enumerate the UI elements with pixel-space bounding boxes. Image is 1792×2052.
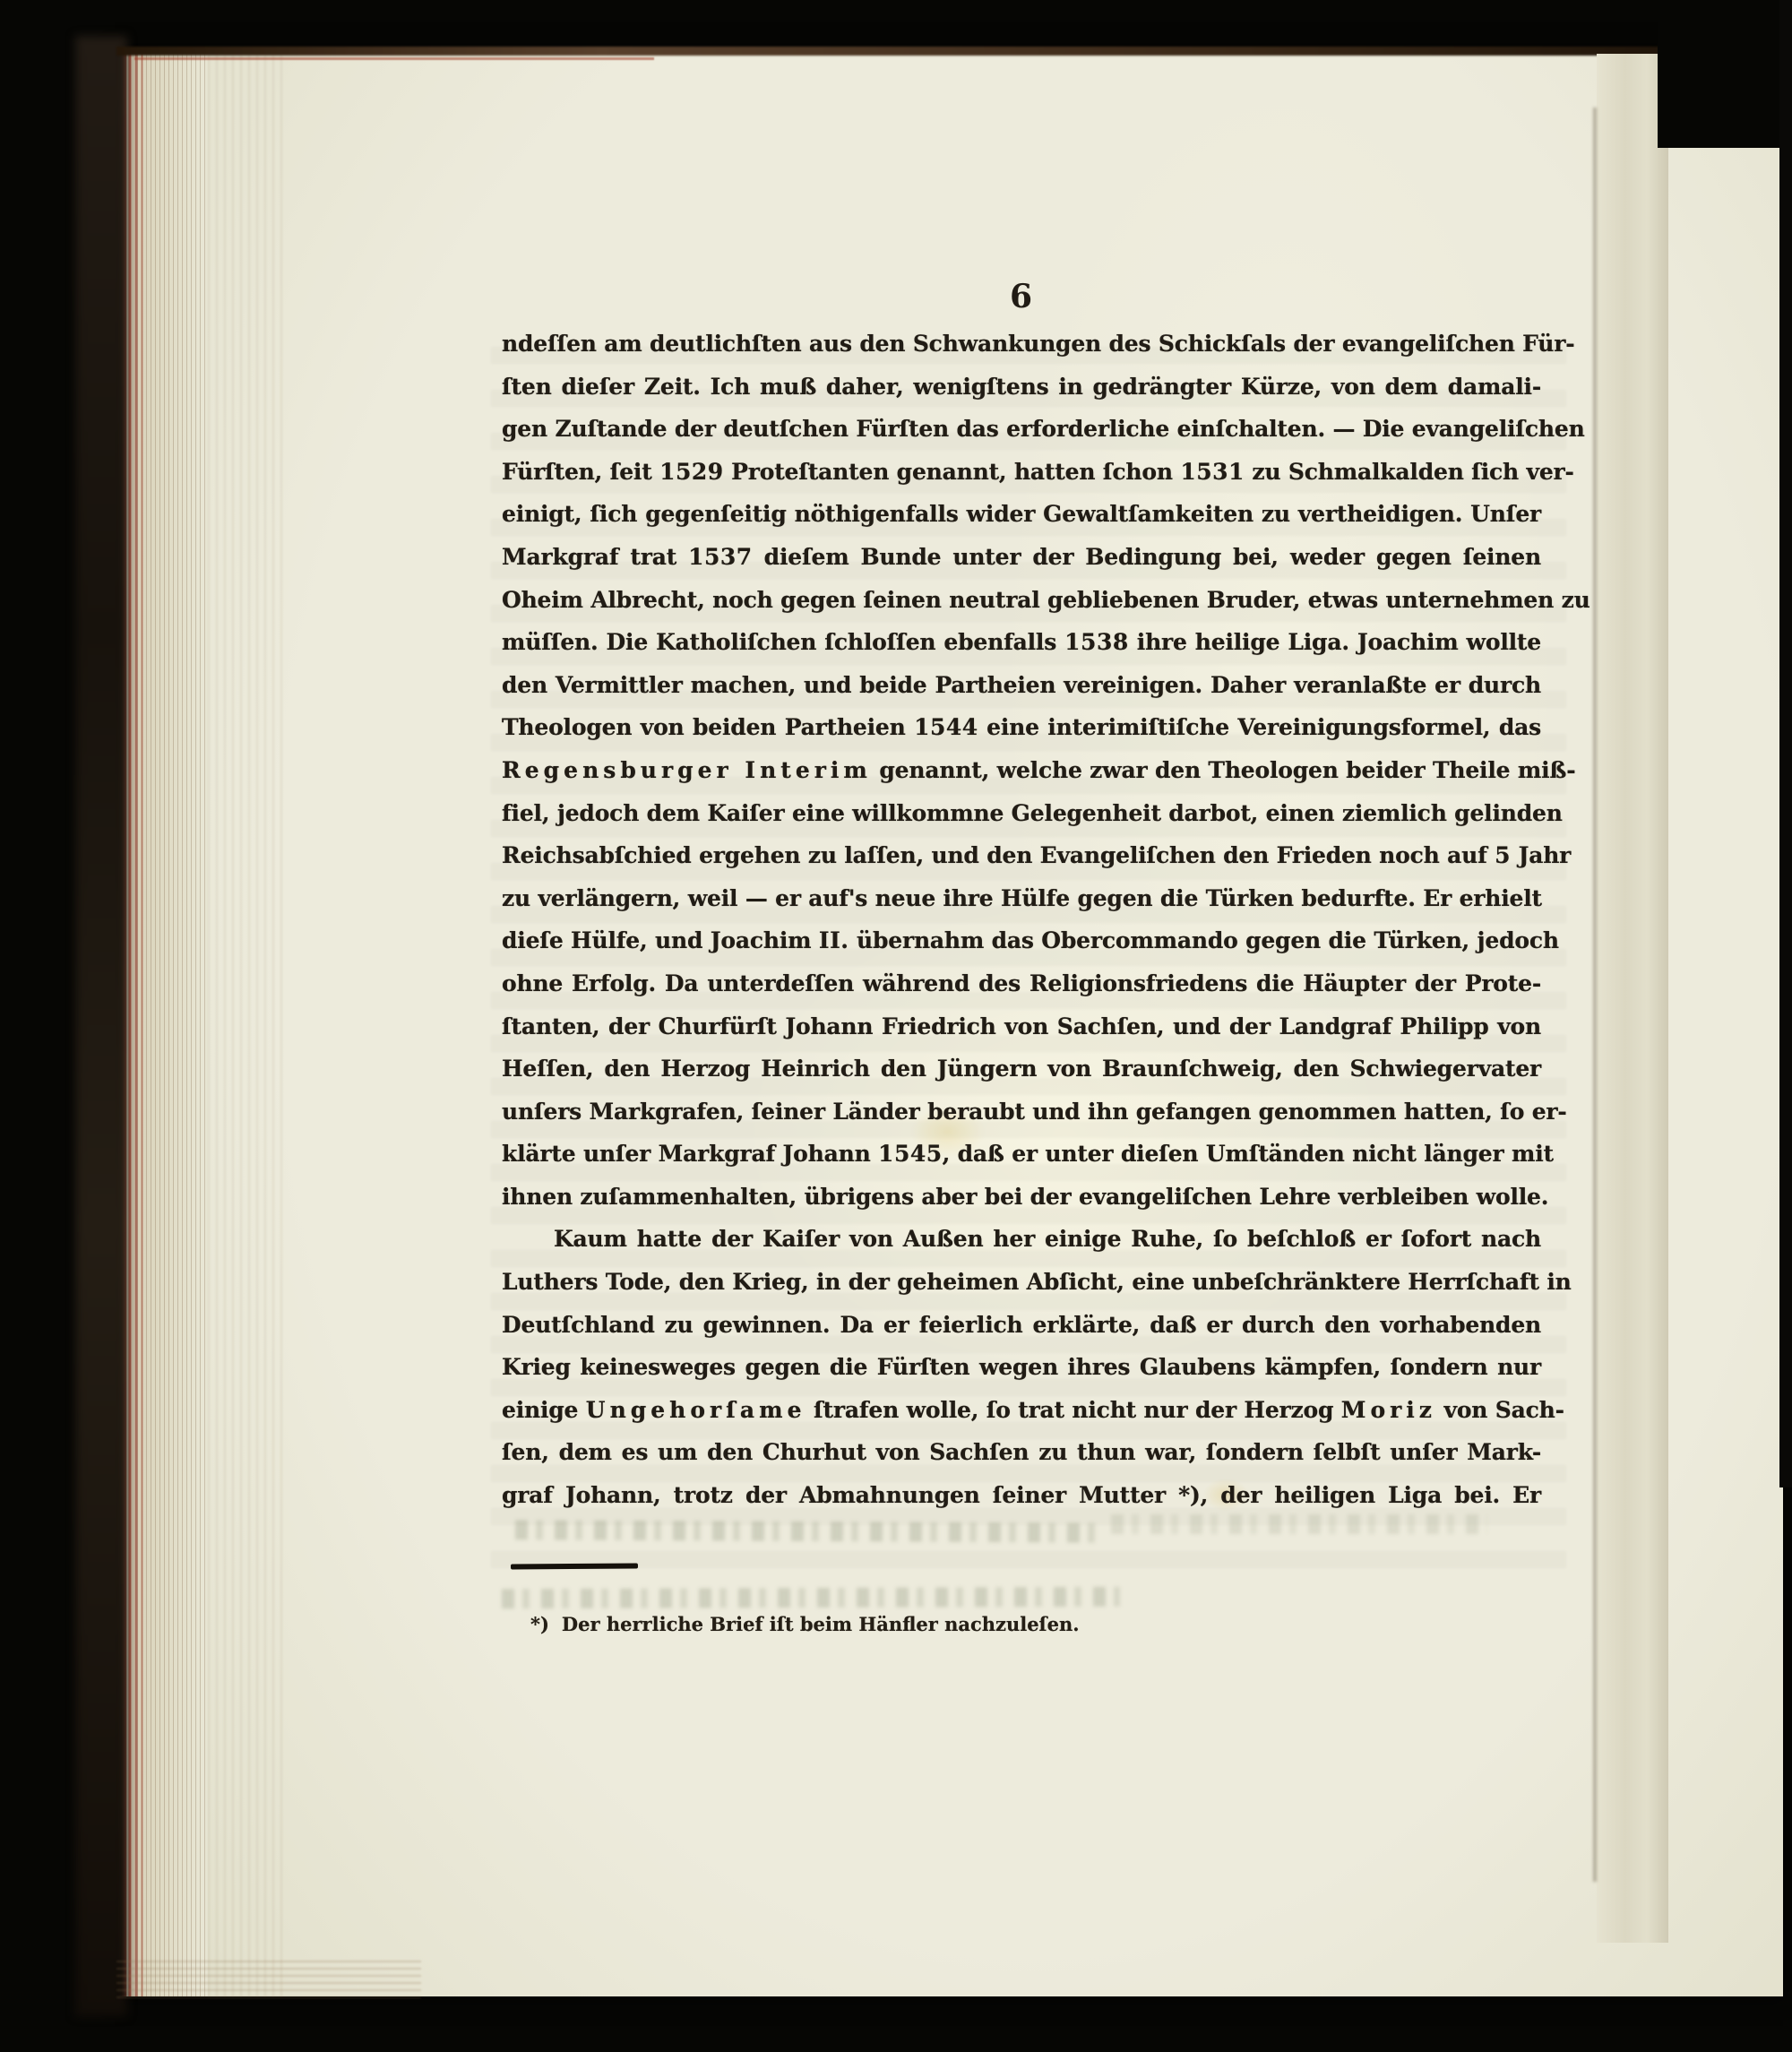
book-spine-edge: [75, 36, 127, 2016]
text-line: ohne Erfolg. Da unterdeſſen während des …: [502, 962, 1541, 1005]
bleed-through-line: [515, 1520, 1107, 1542]
bleed-through-line: [502, 1587, 1120, 1608]
text-line: Fürſten, ſeit 1529 Proteſtanten genannt,…: [502, 451, 1541, 494]
top-right-black-corner: [1658, 0, 1792, 148]
text-line: fiel, jedoch dem Kaiſer eine willkommne …: [502, 792, 1541, 835]
footnote-separator-rule: [511, 1564, 638, 1570]
facing-page-edge: [1597, 54, 1668, 1943]
text-line: einigt, ſich gegenſeitig nöthigenfalls w…: [502, 493, 1541, 536]
text-line: zu verlängern, weil — er auf's neue ihre…: [502, 877, 1541, 920]
text-line: ndeſſen am deutlichſten aus den Schwanku…: [502, 323, 1541, 366]
text-line: Krieg keinesweges gegen die Fürſten wege…: [502, 1346, 1541, 1389]
text-line: graf Johann, trotz der Abmahnungen ſeine…: [502, 1474, 1541, 1517]
top-edge-red-line: [134, 57, 654, 60]
footnote-text: Der herrliche Brief iſt beim Hänfler nac…: [562, 1613, 1080, 1635]
text-line: müſſen. Die Katholiſchen ſchloſſen ebenf…: [502, 621, 1541, 664]
text-line: Kaum hatte der Kaiſer von Außen her eini…: [502, 1218, 1541, 1261]
text-line: dieſe Hülfe, und Joachim II. übernahm da…: [502, 919, 1541, 962]
bottom-page-stack: [116, 1961, 421, 2002]
body-text: ndeſſen am deutlichſten aus den Schwanku…: [502, 323, 1541, 1517]
text-line: ſten dieſer Zeit. Ich muß daher, wenigſt…: [502, 366, 1541, 409]
page-fore-edge-stack: [115, 52, 208, 1996]
text-line: unſers Markgrafen, ſeiner Länder beraubt…: [502, 1091, 1541, 1134]
text-line: gen Zuſtande der deutſchen Fürſten das e…: [502, 408, 1541, 451]
text-line: klärte unſer Markgraf Johann 1545, daß e…: [502, 1133, 1541, 1176]
footnote: *)Der herrliche Brief iſt beim Hänfler n…: [530, 1613, 1337, 1635]
book-board-top-edge: [116, 47, 1729, 56]
bleed-through-line: [1111, 1514, 1487, 1534]
text-line: den Vermittler machen, und beide Parthei…: [502, 664, 1541, 707]
text-line: Oheim Albrecht, noch gegen ſeinen neutra…: [502, 579, 1541, 622]
text-line: Reichsabſchied ergehen zu laſſen, und de…: [502, 834, 1541, 877]
text-line: Theologen von beiden Partheien 1544 eine…: [502, 706, 1541, 749]
text-line: ihnen zuſammenhalten, übrigens aber bei …: [502, 1176, 1541, 1219]
text-line: ſen, dem es um den Churhut von Sachſen z…: [502, 1431, 1541, 1474]
book-scan: 6 ndeſſen am deutlichſten aus den Schwan…: [0, 0, 1792, 2052]
footnote-marker: *): [530, 1613, 549, 1635]
text-line: einige Ungehorſame ſtrafen wolle, ſo tra…: [502, 1389, 1541, 1432]
page-number: 6: [502, 278, 1541, 315]
text-line: Luthers Tode, den Krieg, in der geheimen…: [502, 1261, 1541, 1304]
page-fore-edge-creases: [208, 52, 289, 1996]
text-line: Deutſchland zu gewinnen. Da er feierlich…: [502, 1304, 1541, 1347]
text-line: Regensburger Interim genannt, welche zwa…: [502, 749, 1541, 792]
page-fold-shadow: [1593, 108, 1597, 1882]
text-line: Heſſen, den Herzog Heinrich den Jüngern …: [502, 1048, 1541, 1091]
text-line: Markgraf trat 1537 dieſem Bunde unter de…: [502, 536, 1541, 579]
text-line: ſtanten, der Churfürſt Johann Friedrich …: [502, 1005, 1541, 1048]
right-black-edge: [1779, 0, 1792, 1487]
